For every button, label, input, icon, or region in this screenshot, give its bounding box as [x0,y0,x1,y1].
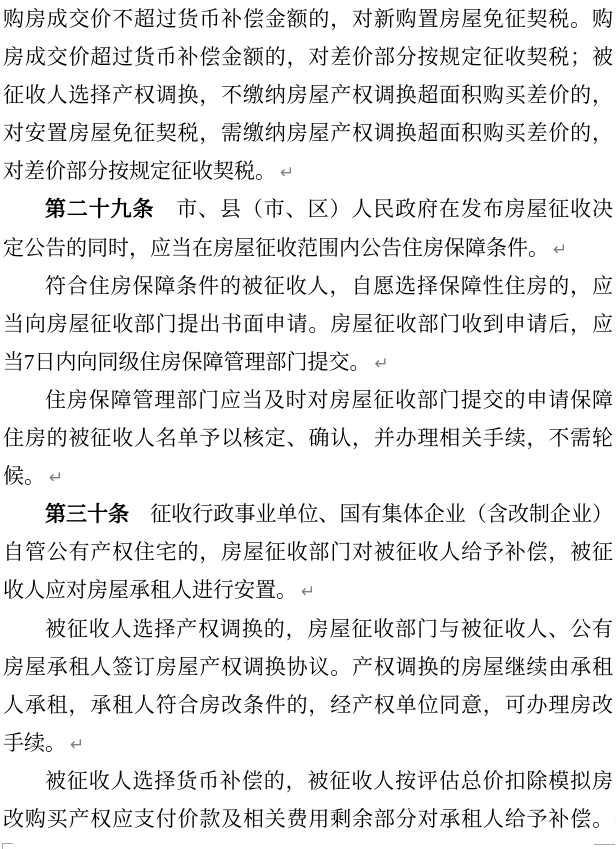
text-run: 征收人选择产权调换，不缴纳房屋产权调换超面积购买差价的， [3,83,613,107]
text-run: 市、县（市、区）人民政府在发布房屋征收决 [175,197,613,221]
text-run: 改购买产权应支付价款及相关费用剩余部分对承租人给予补偿。 [3,807,613,831]
text-line[interactable]: 对安置房屋免征契税，需缴纳房屋产权调换超面积购买差价的， [3,114,613,152]
text-run: 被征收人选择货币补偿的，被征收人按评估总价扣除模拟房 [45,769,613,793]
text-line[interactable]: 手续。↵ [3,724,613,762]
text-run: 定公告的同时，应当在房屋征收范围内公告住房保障条件。 [3,236,549,260]
text-run: 征收行政事业单位、国有集体企业（含改制企业） [150,502,613,526]
paragraph-mark-icon: ↵ [297,582,315,602]
text-line[interactable]: 住房保障管理部门应当及时对房屋征收部门提交的申请保障 [3,381,613,419]
text-run: 对差价部分按规定征收契税。 [3,159,276,183]
text-run: 住房保障管理部门应当及时对房屋征收部门提交的申请保障 [45,388,613,412]
text-line[interactable]: 符合住房保障条件的被征收人，自愿选择保障性住房的，应 [3,267,613,305]
text-line[interactable]: 房屋承租人签订房屋产权调换协议。产权调换的房屋继续由承租 [3,648,613,686]
text-boundary-corner-bottom-right [594,844,615,849]
text-run: 当7日内向同级住房保障管理部门提交。 [3,350,371,374]
text-line[interactable]: 第二十九条市、县（市、区）人民政府在发布房屋征收决 [3,190,613,228]
text-line[interactable]: 当向房屋征收部门提出书面申请。房屋征收部门收到申请后，应 [3,305,613,343]
text-line[interactable]: 住房的被征收人名单予以核定、确认，并办理相关手续，不需轮 [3,419,613,457]
text-run: 人承租，承租人符合房改条件的，经产权单位同意，可办理房改 [3,693,613,717]
text-run: 房成交价超过货币补偿金额的，对差价部分按规定征收契税；被 [3,45,613,69]
text-run: 被征收人选择产权调换的，房屋征收部门与被征收人、公有 [45,617,613,641]
text-run: 符合住房保障条件的被征收人，自愿选择保障性住房的，应 [45,274,613,298]
paragraph-mark-icon: ↵ [45,468,63,488]
text-line[interactable]: 当7日内向同级住房保障管理部门提交。↵ [3,343,613,381]
text-run: 住房的被征收人名单予以核定、确认，并办理相关手续，不需轮 [3,426,613,450]
paragraph-mark-icon: ↵ [66,735,84,755]
text-run: 手续。 [3,731,66,755]
heading-spacer [129,520,150,521]
article-30-heading: 第三十条 [45,502,129,526]
text-run: 自管公有产权住宅的，房屋征收部门对被征收人给予补偿，被征 [3,540,613,564]
heading-spacer [154,215,175,216]
paragraph-mark-icon: ↵ [276,163,294,183]
text-line[interactable]: 征收人选择产权调换，不缴纳房屋产权调换超面积购买差价的， [3,76,613,114]
text-run: 当向房屋征收部门提出书面申请。房屋征收部门收到申请后，应 [3,312,613,336]
text-line[interactable]: 房成交价超过货币补偿金额的，对差价部分按规定征收契税；被 [3,38,613,76]
text-line[interactable]: 被征收人选择产权调换的，房屋征收部门与被征收人、公有 [3,610,613,648]
text-line[interactable]: 自管公有产权住宅的，房屋征收部门对被征收人给予补偿，被征 [3,533,613,571]
text-boundary-corner-bottom-left [2,843,13,849]
document-page: 购房成交价不超过货币补偿金额的，对新购置房屋免征契税。购 房成交价超过货币补偿金… [0,0,616,849]
text-line[interactable]: 对差价部分按规定征收契税。↵ [3,152,613,190]
text-line[interactable]: 改购买产权应支付价款及相关费用剩余部分对承租人给予补偿。↵ [3,800,613,838]
text-line[interactable]: 人承租，承租人符合房改条件的，经产权单位同意，可办理房改 [3,686,613,724]
text-line[interactable]: 收人应对房屋承租人进行安置。↵ [3,571,613,609]
paragraph-mark-icon: ↵ [549,240,567,260]
text-run: 对安置房屋免征契税，需缴纳房屋产权调换超面积购买差价的， [3,121,613,145]
text-run: 候。 [3,464,45,488]
text-line[interactable]: 第三十条征收行政事业单位、国有集体企业（含改制企业） [3,495,613,533]
article-29-heading: 第二十九条 [45,197,154,221]
text-line[interactable]: 被征收人选择货币补偿的，被征收人按评估总价扣除模拟房 [3,762,613,800]
paragraph-mark-icon: ↵ [371,354,389,374]
text-run: 购房成交价不超过货币补偿金额的，对新购置房屋免征契税。购 [3,7,613,31]
text-line[interactable]: 候。↵ [3,457,613,495]
text-run: 收人应对房屋承租人进行安置。 [3,578,297,602]
text-run: 房屋承租人签订房屋产权调换协议。产权调换的房屋继续由承租 [3,655,613,679]
text-line[interactable]: 购房成交价不超过货币补偿金额的，对新购置房屋免征契税。购 [3,0,613,38]
text-line[interactable]: 定公告的同时，应当在房屋征收范围内公告住房保障条件。↵ [3,229,613,267]
